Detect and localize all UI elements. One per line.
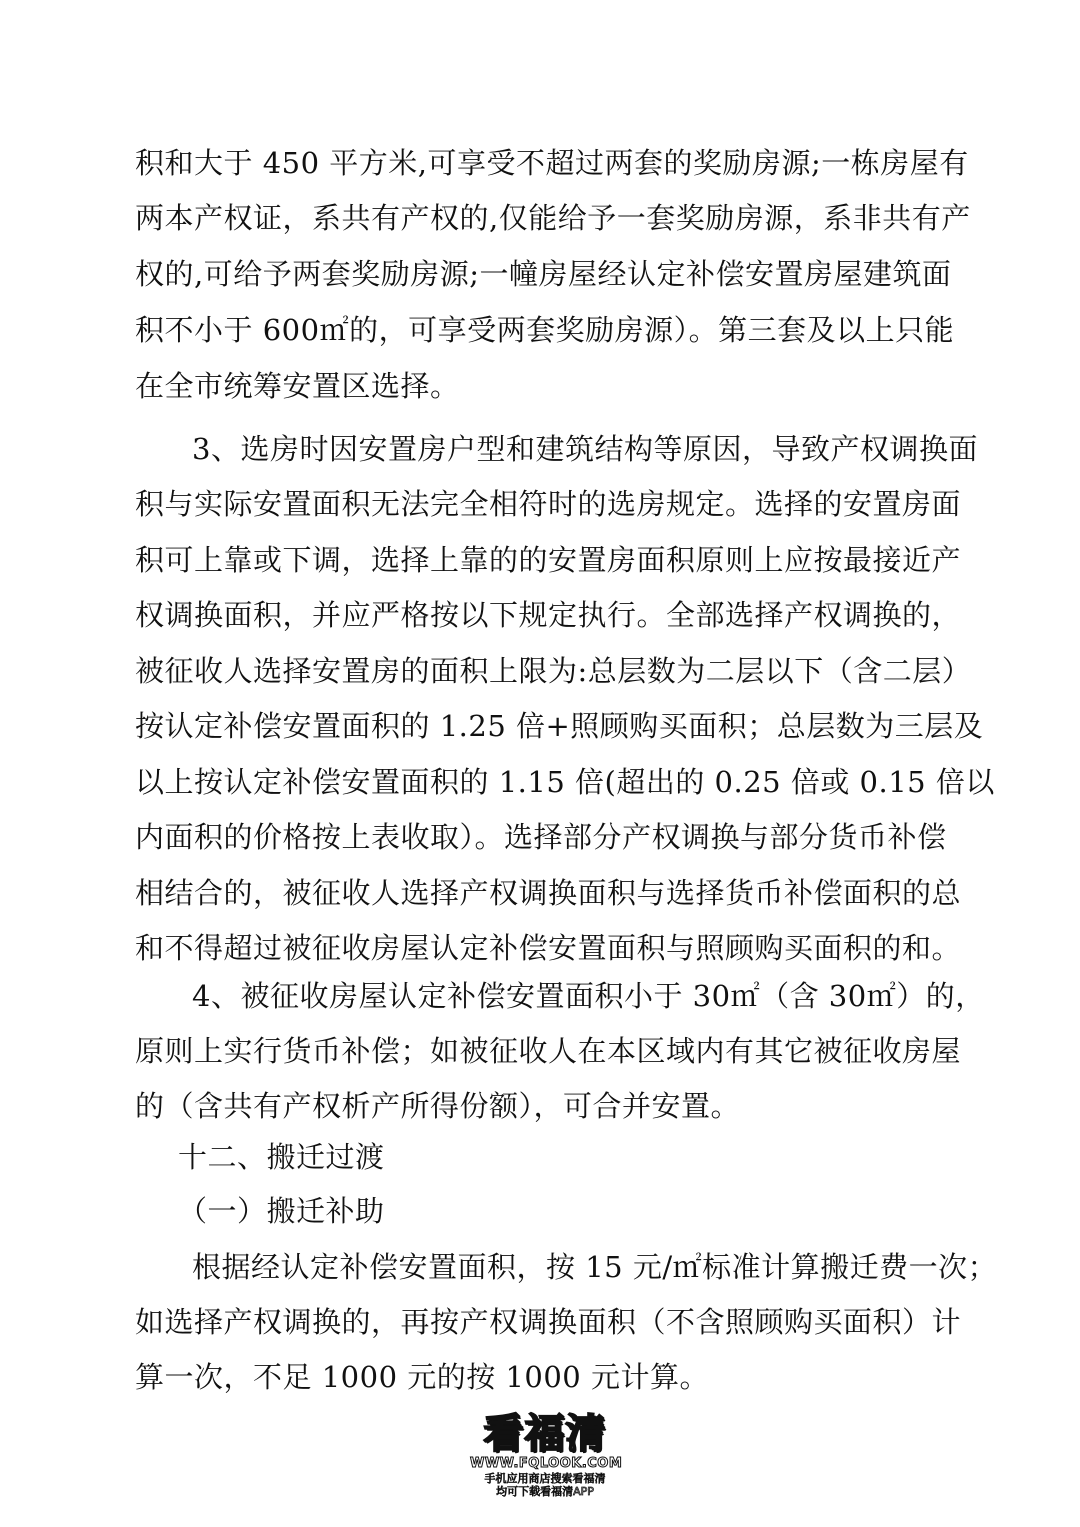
watermark-caption-2: 均可下载看福清APP	[470, 1485, 620, 1498]
paragraph-line: 在全市统筹安置区选择。	[135, 366, 950, 406]
item-3-line: 积与实际安置面积无法完全相符时的选房规定。选择的安置房面	[135, 484, 950, 524]
paragraph-line: 两本产权证，系共有产权的,仅能给予一套奖励房源，系非共有产	[135, 198, 950, 238]
section-12-line: 如选择产权调换的，再按产权调换面积（不含照顾购买面积）计	[135, 1302, 950, 1342]
paragraph-line: 权的,可给予两套奖励房源;一幢房屋经认定补偿安置房屋建筑面	[135, 254, 950, 294]
item-4-line: 4、被征收房屋认定补偿安置面积小于 30㎡（含 30㎡）的，	[192, 976, 1007, 1016]
item-4-line: 的（含共有产权析产所得份额），可合并安置。	[135, 1086, 950, 1126]
item-3-line: 权调换面积，并应严格按以下规定执行。全部选择产权调换的，	[135, 595, 950, 635]
section-subheading: （一）搬迁补助	[178, 1191, 993, 1231]
item-3-line: 内面积的价格按上表收取）。选择部分产权调换与部分货币补偿	[135, 817, 950, 857]
watermark-url: WWW.FQLOOK.COM	[470, 1456, 620, 1472]
section-12-line: 根据经认定补偿安置面积，按 15 元/㎡标准计算搬迁费一次；	[192, 1247, 1007, 1287]
item-3-line: 3、选房时因安置房户型和建筑结构等原因，导致产权调换面	[192, 429, 1007, 469]
watermark: 看福清 WWW.FQLOOK.COM 手机应用商店搜索看福清 均可下载看福清AP…	[470, 1412, 620, 1498]
watermark-caption-1: 手机应用商店搜索看福清	[470, 1472, 620, 1485]
watermark-logo: 看福清	[470, 1412, 620, 1456]
item-3-line: 积可上靠或下调，选择上靠的的安置房面积原则上应按最接近产	[135, 540, 950, 580]
item-3-line: 被征收人选择安置房的面积上限为:总层数为二层以下（含二层）	[135, 651, 950, 691]
item-3-line: 按认定补偿安置面积的 1.25 倍+照顾购买面积；总层数为三层及	[135, 706, 950, 746]
paragraph-line: 积不小于 600㎡的，可享受两套奖励房源）。第三套及以上只能	[135, 310, 950, 350]
section-heading: 十二、搬迁过渡	[178, 1137, 993, 1177]
item-4-line: 原则上实行货币补偿；如被征收人在本区域内有其它被征收房屋	[135, 1031, 950, 1071]
item-3-line: 相结合的，被征收人选择产权调换面积与选择货币补偿面积的总	[135, 873, 950, 913]
paragraph-line: 积和大于 450 平方米,可享受不超过两套的奖励房源;一栋房屋有	[135, 143, 950, 183]
item-3-line: 以上按认定补偿安置面积的 1.15 倍(超出的 0.25 倍或 0.15 倍以	[135, 762, 950, 802]
item-3-line: 和不得超过被征收房屋认定补偿安置面积与照顾购买面积的和。	[135, 928, 950, 968]
document-page: 积和大于 450 平方米,可享受不超过两套的奖励房源;一栋房屋有 两本产权证，系…	[0, 0, 1080, 1527]
section-12-line: 算一次，不足 1000 元的按 1000 元计算。	[135, 1357, 950, 1397]
